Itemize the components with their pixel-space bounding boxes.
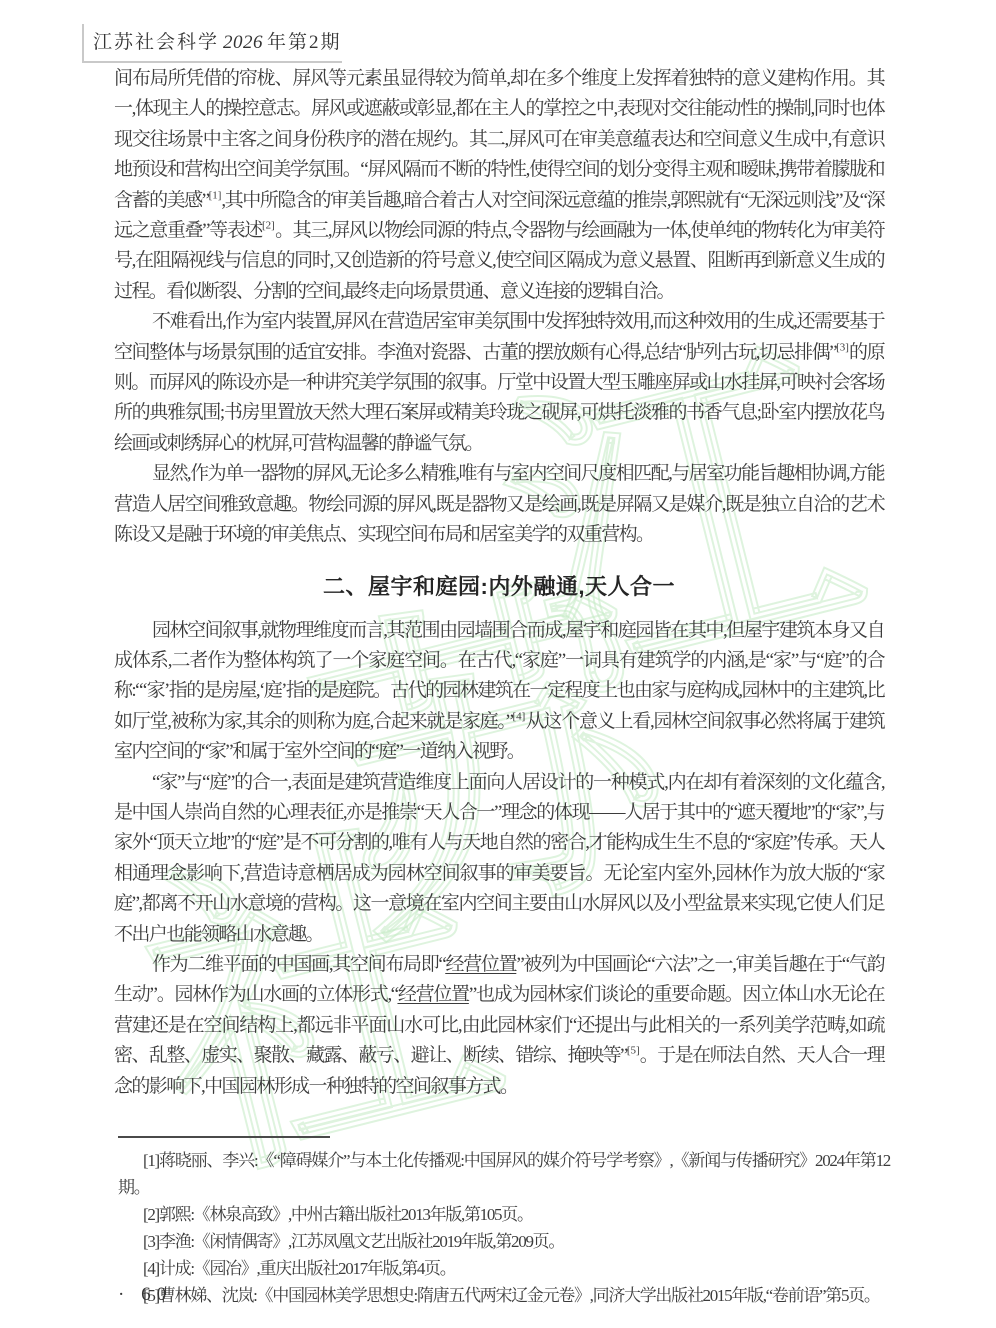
footnote-ref: [3] xyxy=(836,341,849,353)
text-run: “家”与“庭”的合一,表面是建筑营造维度上面向人居设计的一种模式,内在却有着深刻… xyxy=(114,772,884,945)
journal-header-box: 江苏社会科学 2026 年第2期 xyxy=(82,24,342,63)
article-body: 间布局所凭借的帘栊、屏风等元素虽显得较为简单,却在多个维度上发挥着独特的意义建构… xyxy=(114,64,884,1102)
journal-issue: 年第2期 xyxy=(267,32,342,53)
text-run: 不难看出,作为室内装置,屏风在营造居室审美氛围中发挥独特效用,而这种效用的生成,… xyxy=(114,311,884,362)
journal-header: 江苏社会科学 2026 年第2期 xyxy=(82,24,342,63)
emphasized-term: 经营位置 xyxy=(397,984,468,1005)
section-heading: 二、屋宇和庭园:内外融通,天人合一 xyxy=(114,570,884,601)
footnote-ref: [2] xyxy=(262,220,275,232)
footnote-ref: [4] xyxy=(513,710,526,722)
footnote-list: [1]蒋晓丽、李兴:《“障碍媒介”与本土化传播观:中国屏风的媒介符号学考察》,《… xyxy=(118,1147,890,1309)
footnote-separator xyxy=(118,1136,330,1138)
body-paragraph: 园林空间叙事,就物理维度而言,其范围由园墙围合而成,屋宇和庭园皆在其中,但屋宇建… xyxy=(114,616,884,768)
emphasized-term: 经营位置 xyxy=(445,954,516,975)
text-run: 显然,作为单一器物的屏风,无论多么精雅,唯有与室内空间尺度相匹配,与居室功能旨趣… xyxy=(114,463,884,545)
body-paragraph: 不难看出,作为室内装置,屏风在营造居室审美氛围中发挥独特效用,而这种效用的生成,… xyxy=(114,307,884,459)
footnote-ref: [1] xyxy=(209,189,222,201)
footnote-item: [2]郭熙:《林泉高致》,中州古籍出版社2013年版,第105页。 xyxy=(118,1201,890,1228)
page-number: · 60 · xyxy=(118,1284,195,1306)
footnote-item: [3]李渔:《闲情偶寄》,江苏凤凰文艺出版社2019年版,第209页。 xyxy=(118,1228,890,1255)
body-paragraph: 作为二维平面的中国画,其空间布局即“经营位置”被列为中国画论“六法”之一,审美旨… xyxy=(114,950,884,1102)
body-paragraph: 间布局所凭借的帘栊、屏风等元素虽显得较为简单,却在多个维度上发挥着独特的意义建构… xyxy=(114,64,884,307)
footnote-item: [5]曹林娣、沈岚:《中国园林美学思想史:隋唐五代两宋辽金元卷》,同济大学出版社… xyxy=(118,1282,890,1309)
footnote-item: [1]蒋晓丽、李兴:《“障碍媒介”与本土化传播观:中国屏风的媒介符号学考察》,《… xyxy=(118,1147,890,1201)
footnote-ref: [5] xyxy=(627,1045,640,1057)
footnote-item: [4]计成:《园冶》,重庆出版社2017年版,第4页。 xyxy=(118,1255,890,1282)
journal-year: 2026 xyxy=(223,32,263,53)
body-paragraph: 显然,作为单一器物的屏风,无论多么精雅,唯有与室内空间尺度相匹配,与居室功能旨趣… xyxy=(114,459,884,550)
body-paragraph: “家”与“庭”的合一,表面是建筑营造维度上面向人居设计的一种模式,内在却有着深刻… xyxy=(114,768,884,950)
footnote-section: [1]蒋晓丽、李兴:《“障碍媒介”与本土化传播观:中国屏风的媒介符号学考察》,《… xyxy=(118,1136,890,1309)
journal-title: 江苏社会科学 xyxy=(93,32,219,53)
text-run: 作为二维平面的中国画,其空间布局即“ xyxy=(152,954,445,975)
